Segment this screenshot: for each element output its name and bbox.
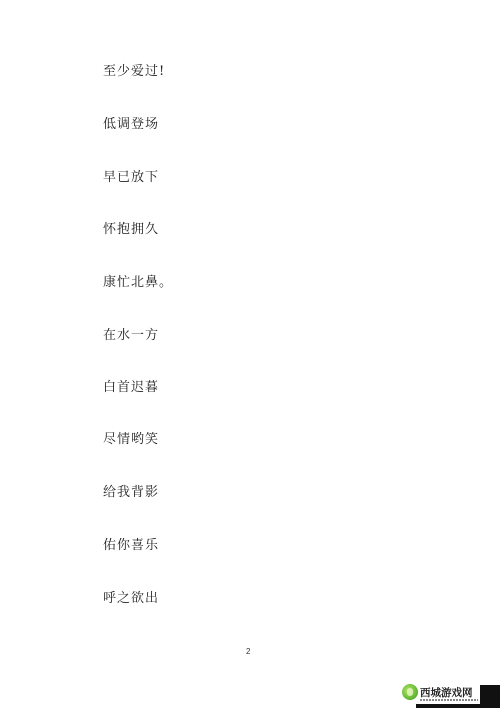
document-page: 至少爱过! 低调登场 早已放下 怀抱拥久 康忙北鼻。 在水一方 白首迟暮 尽情哟…: [0, 0, 500, 708]
text-line: 尽情哟笑: [103, 432, 159, 448]
watermark-dark-bar: [416, 704, 500, 708]
watermark-text: 西城游戏网: [420, 685, 473, 700]
text-line: 在水一方: [103, 328, 159, 344]
text-line: 康忙北鼻。: [103, 275, 173, 291]
watermark-subtext: [420, 699, 478, 701]
text-line: 给我背影: [103, 485, 159, 501]
text-line: 白首迟暮: [103, 380, 159, 396]
page-number: 2: [246, 647, 250, 656]
text-line: 至少爱过!: [103, 64, 165, 80]
green-leaf-logo-icon: [402, 684, 418, 700]
text-line: 佑你喜乐: [103, 538, 159, 554]
text-line: 早已放下: [103, 170, 159, 186]
text-line: 低调登场: [103, 117, 159, 133]
text-line: 怀抱拥久: [103, 222, 159, 238]
watermark: 西城游戏网: [398, 680, 500, 708]
text-line: 呼之欲出: [103, 591, 159, 607]
